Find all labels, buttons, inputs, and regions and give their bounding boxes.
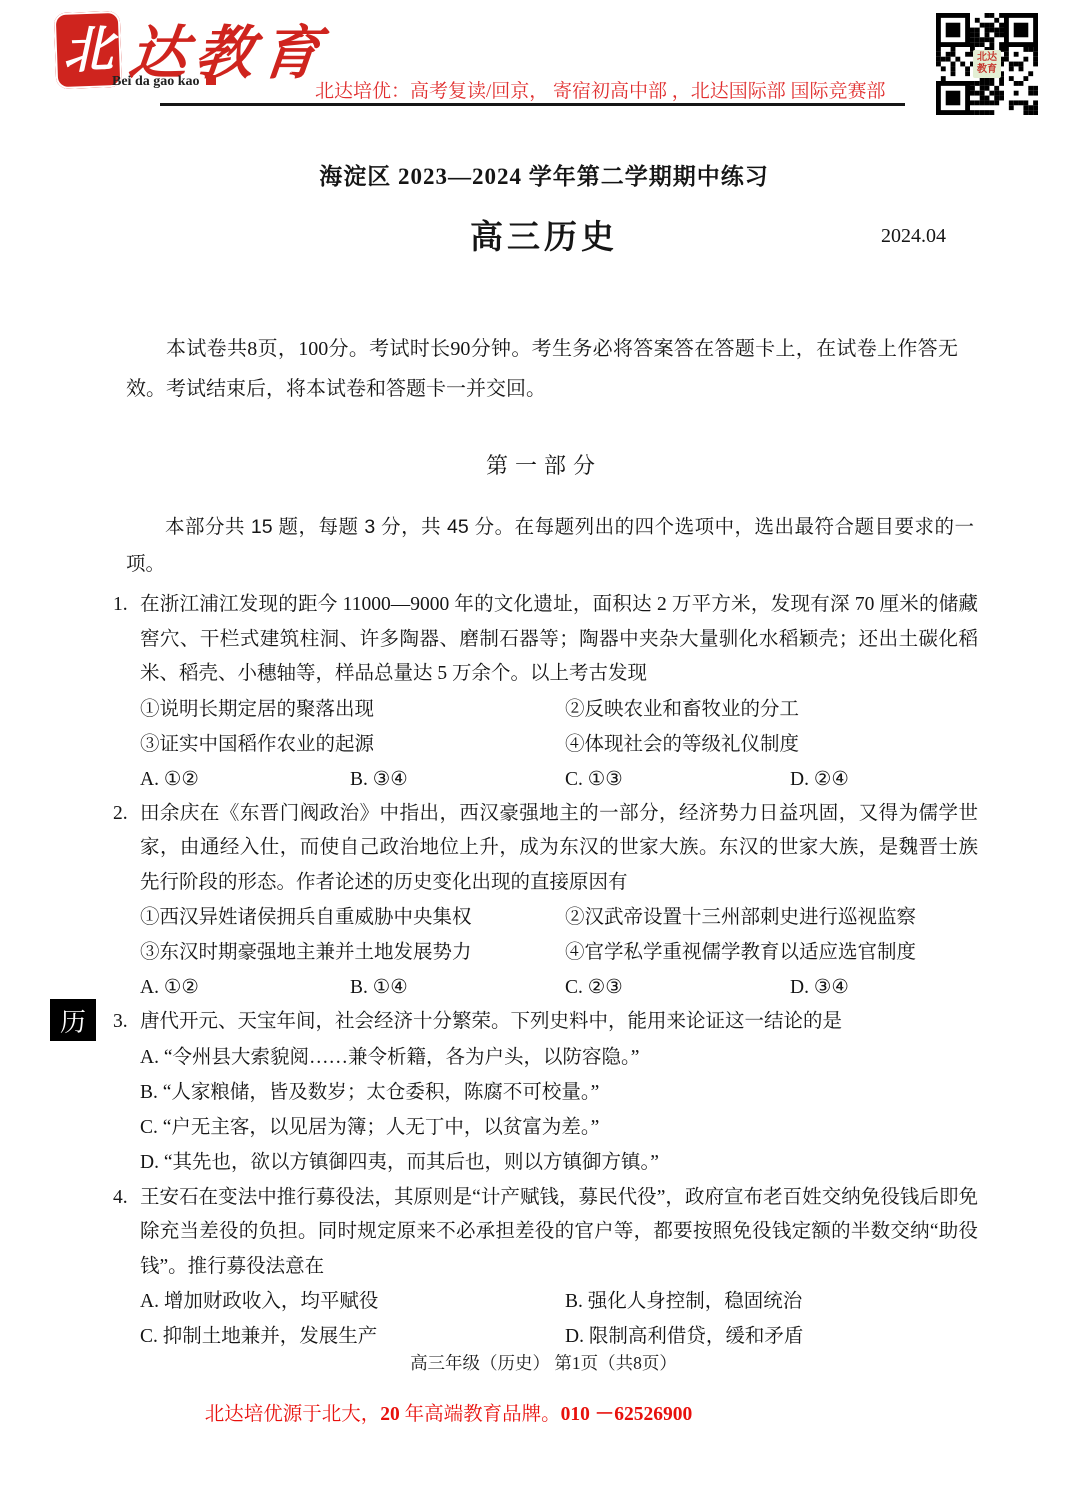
question-number: 3. (113, 1005, 128, 1040)
question-statements: ①说明长期定居的聚落出现②反映农业和畜牧业的分工③证实中国稻作农业的起源④体现社… (140, 692, 978, 762)
question-3: 3.唐代开元、天宝年间，社会经济十分繁荣。下列史料中，能用来论证这一结论的是A.… (110, 1005, 978, 1181)
choice-item: B. 强化人身控制，稳固统治 (565, 1284, 978, 1319)
question-choices: A. ①②B. ③④C. ①③D. ②④ (140, 762, 978, 797)
exam-date: 2024.04 (881, 225, 946, 248)
exam-notice: 本试卷共8页，100分。考试时长90分钟。考生务必将答案答在答题卡上，在试卷上作… (126, 329, 958, 409)
question-choices: A. “令州县大索貌阅……兼令析籍，各为户头，以防容隐。”B. “人家粮储，皆及… (140, 1040, 978, 1181)
choice-item: C. 抑制土地兼并，发展生产 (140, 1319, 565, 1354)
part-one-heading: 第一部分 (110, 449, 978, 480)
promo-phone: 010 －62526900 (561, 1404, 693, 1425)
question-2: 2.田余庆在《东晋门阀政治》中指出，西汉豪强地主的一部分，经济势力日益巩固，又得… (110, 797, 978, 1006)
choice-item: A. 增加财政收入，均平赋役 (140, 1284, 565, 1319)
choice-item: B. “人家粮储，皆及数岁；太仓委积，陈腐不可校量。” (140, 1075, 978, 1110)
statement-item: ①说明长期定居的聚落出现 (140, 692, 565, 727)
choice-item: D. ③④ (790, 970, 849, 1005)
qr-code: 北达 教育 (936, 13, 1038, 115)
statement-item: ③东汉时期豪强地主兼并土地发展势力 (140, 935, 565, 970)
subject-title: 高三历史 (110, 211, 978, 258)
choice-item: A. ①② (140, 762, 350, 797)
promo-footer: 北达培优源于北大，20 年高端教育品牌。010 －62526900 (0, 1398, 1087, 1426)
statement-item: ④官学私学重视儒学教育以适应选官制度 (565, 935, 978, 970)
choice-item: C. ②③ (565, 970, 790, 1005)
promo-prefix: 北达培优源于北大， (205, 1404, 381, 1425)
question-choices: A. 增加财政收入，均平赋役B. 强化人身控制，稳固统治C. 抑制土地兼并，发展… (140, 1284, 978, 1354)
question-stem: 在浙江浦江发现的距今 11000—9000 年的文化遗址，面积达 2 万平方米，… (140, 588, 978, 692)
promo-year: 20 (380, 1404, 400, 1425)
choice-item: D. ②④ (790, 762, 849, 797)
question-number: 1. (113, 588, 128, 623)
part-one-instructions: 本部分共 15 题，每题 3 分，共 45 分。在每题列出的四个选项中，选出最符… (126, 509, 974, 583)
choice-item: C. “户无主客，以见居为簿；人无丁中，以贫富为差。” (140, 1110, 978, 1145)
red-square-icon (206, 75, 216, 85)
question-statements: ①西汉异姓诸侯拥兵自重威胁中央集权②汉武帝设置十三州部刺史进行巡视监察③东汉时期… (140, 900, 978, 970)
promo-middle: 年高端教育品牌。 (400, 1404, 561, 1425)
brand-subtitle: Bei da gao kao (112, 74, 216, 90)
statement-item: ①西汉异姓诸侯拥兵自重威胁中央集权 (140, 900, 565, 935)
choice-item: A. ①② (140, 970, 350, 1005)
subject-title-row: 高三历史 2024.04 (110, 211, 978, 257)
question-number: 4. (113, 1181, 128, 1216)
choice-item: D. “其先也，欲以方镇御四夷，而其后也，则以方镇御方镇。” (140, 1145, 978, 1180)
header-divider (160, 103, 905, 106)
brand-subtitle-text: Bei da gao kao (112, 74, 200, 89)
exam-paper-page: 北 达教育 Bei da gao kao 北达培优：高考复读/回京， 寄宿初高中… (0, 0, 1087, 1512)
choice-item: B. ③④ (350, 762, 565, 797)
document-body: 海淀区 2023—2024 学年第二学期期中练习 高三历史 2024.04 本试… (110, 150, 978, 1354)
question-stem: 唐代开元、天宝年间，社会经济十分繁荣。下列史料中，能用来论证这一结论的是 (140, 1005, 978, 1040)
question-stem: 田余庆在《东晋门阀政治》中指出，西汉豪强地主的一部分，经济势力日益巩固，又得为儒… (140, 797, 978, 901)
questions: 1.在浙江浦江发现的距今 11000—9000 年的文化遗址，面积达 2 万平方… (110, 588, 978, 1354)
question-1: 1.在浙江浦江发现的距今 11000—9000 年的文化遗址，面积达 2 万平方… (110, 588, 978, 797)
statement-item: ④体现社会的等级礼仪制度 (565, 727, 978, 762)
exam-title: 海淀区 2023—2024 学年第二学期期中练习 (110, 158, 978, 191)
choice-item: C. ①③ (565, 762, 790, 797)
subject-side-tab: 历 (50, 999, 96, 1041)
choice-item: A. “令州县大索貌阅……兼令析籍，各为户头，以防容隐。” (140, 1040, 978, 1075)
statement-item: ②汉武帝设置十三州部刺史进行巡视监察 (565, 900, 978, 935)
qr-center-label: 北达 教育 (973, 50, 1001, 78)
seal-character: 北 (62, 24, 114, 76)
statement-item: ②反映农业和畜牧业的分工 (565, 692, 978, 727)
choice-item: B. ①④ (350, 970, 565, 1005)
question-choices: A. ①②B. ①④C. ②③D. ③④ (140, 970, 978, 1005)
header-slogan: 北达培优：高考复读/回京， 寄宿初高中部 ，北达国际部 国际竞赛部 (315, 76, 886, 103)
question-stem: 王安石在变法中推行募役法，其原则是“计产赋钱，募民代役”，政府宣布老百姓交纳免役… (140, 1181, 978, 1285)
page-number-line: 高三年级（历史） 第1页（共8页） (0, 1350, 1087, 1375)
question-number: 2. (113, 797, 128, 832)
statement-item: ③证实中国稻作农业的起源 (140, 727, 565, 762)
promo-footer-text: 北达培优源于北大，20 年高端教育品牌。010 －62526900 (205, 1398, 693, 1426)
question-4: 4.王安石在变法中推行募役法，其原则是“计产赋钱，募民代役”，政府宣布老百姓交纳… (110, 1181, 978, 1355)
choice-item: D. 限制高利借贷，缓和矛盾 (565, 1319, 978, 1354)
